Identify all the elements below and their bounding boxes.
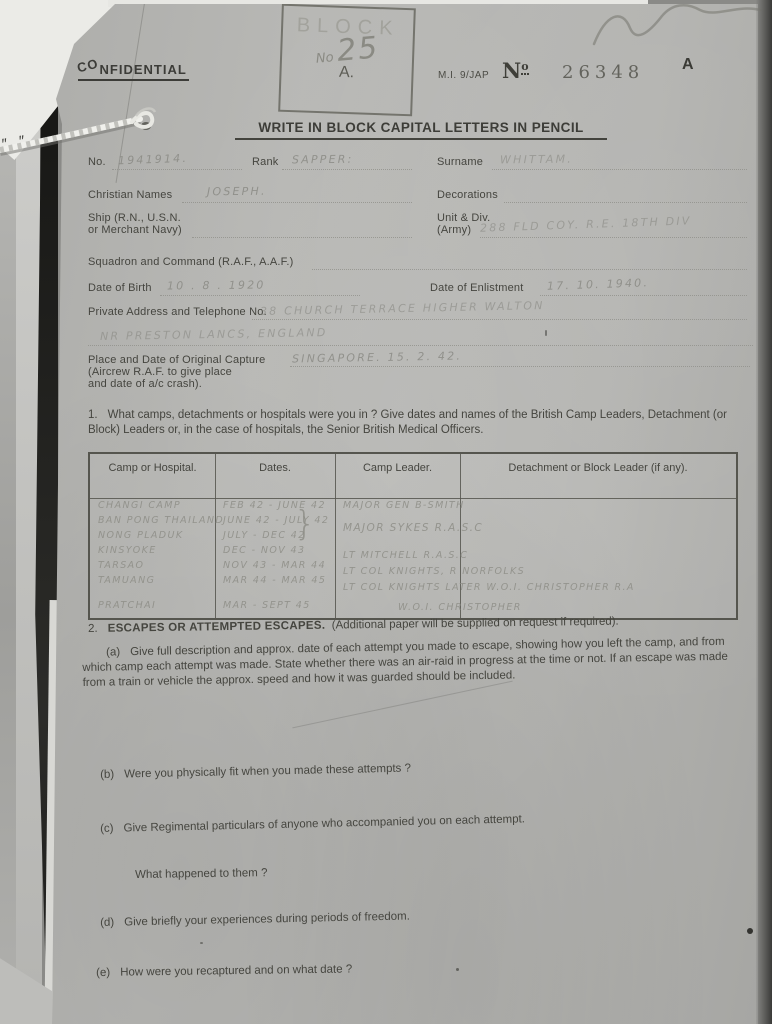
- pencil-scribble: [588, 0, 768, 60]
- question-2d-text: Give briefly your experiences during per…: [124, 911, 410, 929]
- question-2b-text: Were you physically fit when you made th…: [124, 762, 411, 780]
- camp-entry: KINSYOKE: [98, 545, 157, 556]
- question-1-number: 1.: [88, 408, 98, 423]
- paper-crease: [292, 681, 512, 729]
- field-value-unit: 288 FLD COY. R.E. 18TH DIV: [480, 214, 692, 234]
- table-header-dates: Dates.: [215, 462, 335, 474]
- field-label-enlistment: Date of Enlistment: [430, 282, 523, 294]
- leader-entry: LT MITCHELL R.A.S.C: [343, 550, 468, 561]
- field-label-surname: Surname: [437, 156, 483, 168]
- table-column-divider: [460, 454, 461, 618]
- question-2c-text: Give Regimental particulars of anyone wh…: [123, 813, 525, 834]
- field-value-christian-names: JOSEPH.: [207, 185, 267, 199]
- field-label-capture-1: Place and Date of Original Capture: [88, 354, 265, 366]
- field-label-christian-names: Christian Names: [88, 189, 172, 201]
- field-value-address-1: 38 CHURCH TERRACE HIGHER WALTON: [260, 299, 545, 318]
- field-value-dob: 10 . 8 . 1920: [167, 278, 266, 292]
- camp-entry: CHANGI CAMP: [98, 500, 181, 511]
- field-value-address-2: NR PRESTON LANCS, ENGLAND: [100, 326, 328, 343]
- question-2-title: ESCAPES OR ATTEMPTED ESCAPES.: [108, 620, 326, 635]
- dates-brace: }: [294, 504, 316, 544]
- question-1: 1.What camps, detachments or hospitals w…: [88, 408, 740, 438]
- question-2e: (e)How were you recaptured and on what d…: [96, 962, 352, 981]
- question-2a: (a)Give full description and approx. dat…: [82, 634, 748, 691]
- dates-entry: MAR 44 - MAR 45: [223, 575, 326, 586]
- camp-entry: TARSAO: [98, 560, 144, 571]
- field-label-decorations: Decorations: [437, 189, 498, 201]
- leader-entry: LT COL KNIGHTS LATER W.O.I. CHRISTOPHER …: [343, 582, 635, 593]
- dates-entry: MAR - SEPT 45: [223, 600, 311, 611]
- ink-speck: [747, 928, 753, 934]
- field-label-dob: Date of Birth: [88, 282, 152, 294]
- camp-table: Camp or Hospital. Dates. Camp Leader. De…: [88, 452, 738, 620]
- camp-entry: TAMUANG: [98, 575, 155, 586]
- field-value-rank: SAPPER:: [292, 153, 354, 167]
- number-sign: No: [502, 58, 529, 83]
- table-header-camp: Camp or Hospital.: [90, 462, 215, 474]
- field-label-ship-1: Ship (R.N., U.S.N.: [88, 212, 181, 224]
- field-label-ship-2: or Merchant Navy): [88, 224, 182, 236]
- leader-entry: MAJOR SYKES R.A.S.C: [343, 522, 483, 534]
- leader-entry: MAJOR GEN B-SMITH: [343, 500, 465, 511]
- question-2c: (c)Give Regimental particulars of anyone…: [100, 812, 525, 837]
- question-2c-followup: What happened to them ?: [135, 866, 268, 883]
- field-label-capture-3: and date of a/c crash).: [88, 378, 202, 390]
- leader-entry: W.O.I. CHRISTOPHER: [398, 602, 522, 613]
- confidential-marking: CONFIDENTIAL: [78, 62, 189, 81]
- question-1-text: What camps, detachments or hospitals wer…: [88, 409, 727, 436]
- question-2a-text: Give full description and approx. date o…: [82, 636, 728, 689]
- mi9-reference: M.I. 9/JAP: [438, 70, 489, 81]
- camp-entry: NONG PLADUK: [98, 530, 184, 541]
- question-2b: (b)Were you physically fit when you made…: [100, 761, 411, 783]
- block-number-stamp: BLOCK No 25 A.: [278, 4, 416, 117]
- table-header-divider: [90, 498, 736, 499]
- question-2e-text: How were you recaptured and on what date…: [120, 963, 352, 978]
- camp-entry: BAN PONG THAILAND: [98, 515, 224, 526]
- field-label-rank: Rank: [252, 156, 278, 168]
- field-label-address: Private Address and Telephone No.: [88, 306, 267, 318]
- field-value-capture: SINGAPORE. 15. 2. 42.: [292, 350, 462, 366]
- scanned-pow-questionnaire: { "header": { "classification_first": "C…: [0, 0, 772, 1024]
- ink-speck: [456, 968, 459, 971]
- form-instruction: WRITE IN BLOCK CAPITAL LETTERS IN PENCIL: [235, 120, 607, 140]
- camp-entry: PRATCHAI: [98, 600, 156, 611]
- field-value-surname: WHITTAM.: [500, 153, 573, 167]
- pencil-tick: [545, 330, 547, 336]
- field-label-unit-2: (Army): [437, 224, 471, 236]
- table-header-detachment: Detachment or Block Leader (if any).: [470, 462, 726, 474]
- leader-entry: LT COL KNIGHTS, R NORFOLKS: [343, 566, 525, 577]
- serial-number: 26348: [562, 62, 644, 83]
- dates-entry: DEC - NOV 43: [223, 545, 305, 556]
- table-column-divider: [215, 454, 216, 618]
- field-label-squadron: Squadron and Command (R.A.F., A.A.F.): [88, 256, 294, 268]
- table-column-divider: [335, 454, 336, 618]
- field-label-capture-2: (Aircrew R.A.F. to give place: [88, 366, 232, 378]
- dates-entry: NOV 43 - MAR 44: [223, 560, 326, 571]
- scan-edge-shadow: [756, 0, 772, 1024]
- question-2-note: (Additional paper will be supplied on re…: [332, 616, 619, 632]
- table-header-leader: Camp Leader.: [335, 462, 460, 474]
- question-2d: (d)Give briefly your experiences during …: [100, 910, 410, 931]
- field-value-enlistment: 17. 10. 1940.: [547, 276, 649, 293]
- file-string: [0, 88, 180, 178]
- ink-speck: [200, 942, 203, 944]
